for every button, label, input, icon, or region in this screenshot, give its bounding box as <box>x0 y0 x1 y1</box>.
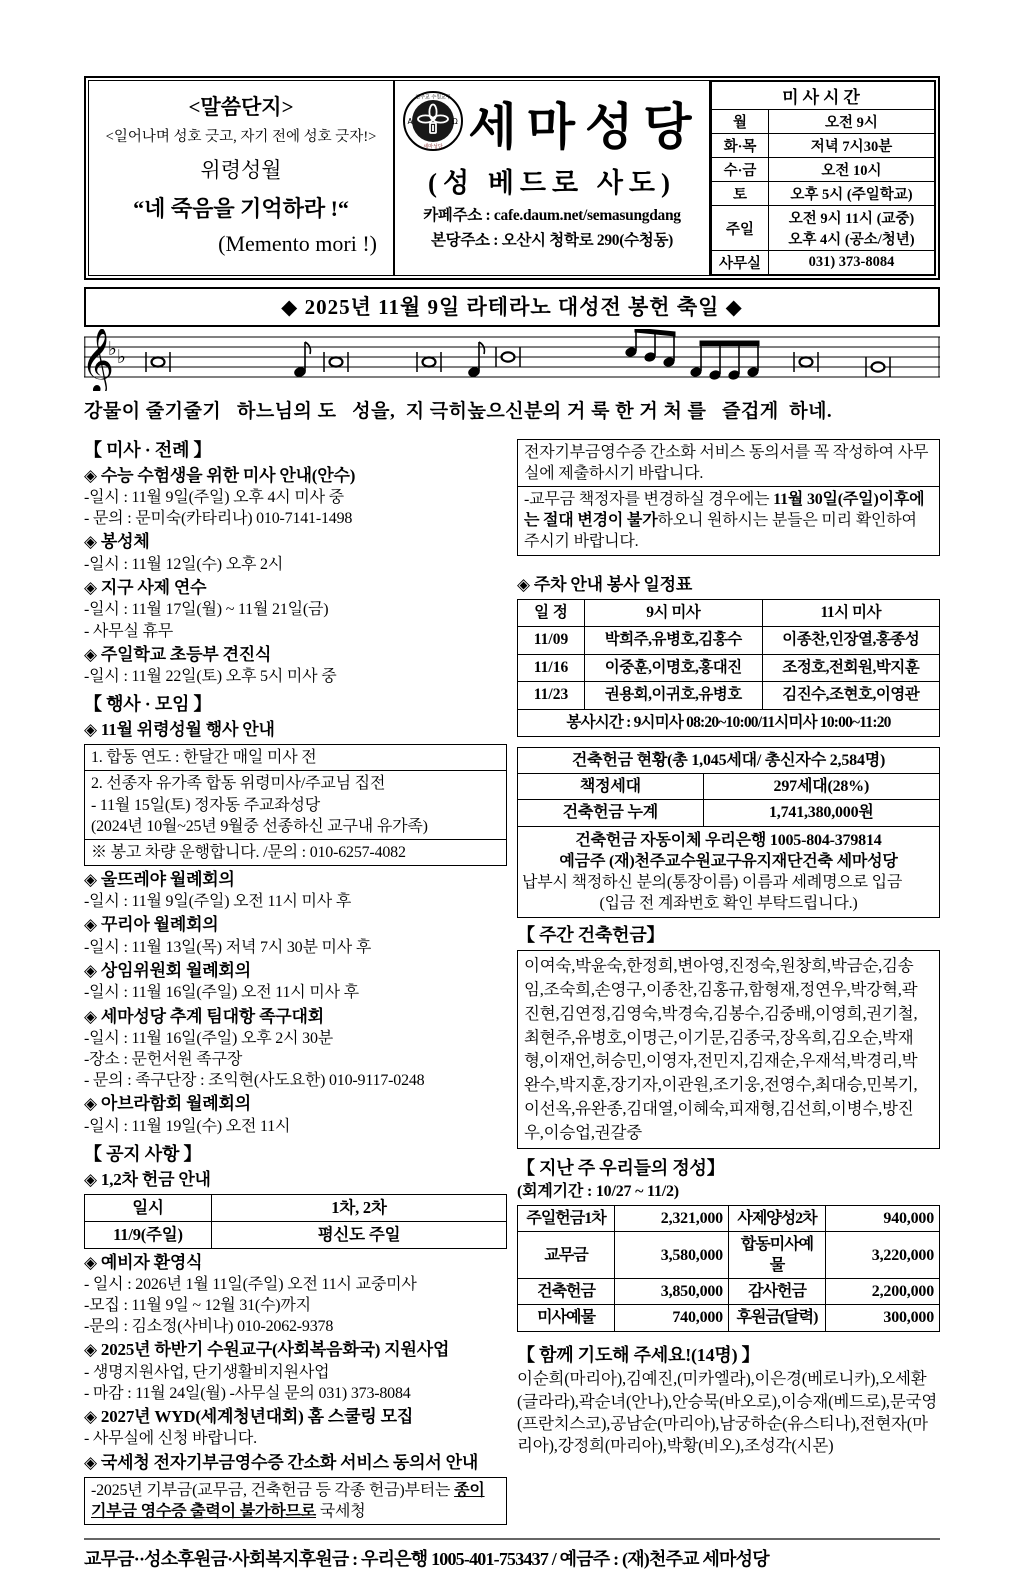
parking-names: 박희주,유병호,김홍수 <box>585 627 763 654</box>
item-title: ◈ 2027년 WYD(세계청년대회) 홈 스쿨링 모집 <box>84 1406 507 1428</box>
item-body: - 일시 : 2026년 1월 11일(주일) 오전 11시 교중미사 -모집 … <box>84 1274 507 1337</box>
pray-names: 이순희(마리아),김예진,(미카엘라),이은경(베로니카),오세환(글라라),곽… <box>517 1368 940 1457</box>
right-column: 전자기부금영수증 간소화 서비스 동의서를 꼭 작성하여 사무실에 제출하시기 … <box>517 433 940 1528</box>
mass-time: 오후 5시 (주일학교) <box>769 182 935 206</box>
item-title: ◈ 주일학교 초등부 견진식 <box>84 644 507 666</box>
header: <말씀단지> <일어나며 성호 긋고, 자기 전에 성호 긋자!> 위령성월 “… <box>84 76 940 280</box>
offering-label: 감사헌금 <box>728 1279 825 1305</box>
building-fund-table: 건축헌금 현황(총 1,045세대/ 총신자수 2,584명) 책정세대297세… <box>517 747 940 918</box>
mass-time: 오전 10시 <box>769 158 935 182</box>
word-jar-season: 위령성월 <box>91 154 391 184</box>
offering-label: 교무금 <box>518 1232 615 1279</box>
item-body: -일시 : 11월 19일(수) 오전 11시 <box>84 1116 507 1137</box>
mass-day: 월 <box>712 110 769 134</box>
item-body: -일시 : 11월 9일(주일) 오전 11시 미사 후 <box>84 891 507 912</box>
offering-amount: 3,220,000 <box>826 1232 940 1279</box>
parking-date: 11/23 <box>518 682 585 709</box>
donation-notice-row1: 전자기부금영수증 간소화 서비스 동의서를 꼭 작성하여 사무실에 제출하시기 … <box>518 440 939 487</box>
music-staff: 𝄞 ♭ ♭ <box>84 329 940 391</box>
office-phone: 031) 373-8084 <box>769 251 935 275</box>
item-body: - 사무실에 신청 바랍니다. <box>84 1428 507 1449</box>
item-body: -일시 : 11월 13일(목) 저녁 7시 30분 미사 후 <box>84 937 507 958</box>
item-body: - 생명지원사업, 단기생활비지원사업 - 마감 : 11월 24일(월) -사… <box>84 1362 507 1404</box>
note-group <box>146 347 890 377</box>
word-jar-title: <말씀단지> <box>91 91 391 121</box>
word-jar-subtitle: <일어나며 성호 긋고, 자기 전에 성호 긋자!> <box>91 125 391 146</box>
list-item: ◈ 상임위원회 월례회의-일시 : 11월 16일(주일) 오전 11시 미사 … <box>84 960 507 1004</box>
offerings-title: 【 지난 주 우리들의 정성】 <box>517 1157 940 1181</box>
fund-value: 297세대(28%) <box>703 774 939 800</box>
offering-label: 사제양성2차 <box>728 1206 825 1232</box>
word-jar-panel: <말씀단지> <일어나며 성호 긋고, 자기 전에 성호 긋자!> 위령성월 “… <box>89 81 395 275</box>
feast-banner: ◆ 2025년 11월 9일 라테라노 대성전 봉헌 축일 ◆ <box>84 287 940 327</box>
fund-holder-line: 예금주 (재)천주교수원교구유지재단건축 세마성당 <box>522 851 935 872</box>
donation-notice-row2: -교무금 책정자를 변경하실 경우에는 11월 30일(주일)이후에는 절대 변… <box>518 487 939 554</box>
whole-notes <box>152 352 885 371</box>
list-item: ◈ 세마성당 추계 팀대항 족구대회-일시 : 11월 16일(주일) 오후 2… <box>84 1006 507 1092</box>
cafe-address: 카페주소 : cafe.daum.net/semasungdang <box>397 203 707 225</box>
item-body: -일시 : 11월 16일(주일) 오전 11시 미사 후 <box>84 982 507 1003</box>
flat-icon: ♭ <box>117 346 126 368</box>
word-jar-quote: “네 죽음을 기억하라 !“ <box>91 192 391 223</box>
offering-amount: 2,200,000 <box>826 1279 940 1305</box>
item-title: ◈ 2025년 하반기 수원교구(사회복음화국) 지원사업 <box>84 1339 507 1361</box>
mass-day: 수·금 <box>712 158 769 182</box>
mass-times-panel: 미사시간 월오전 9시 화·목저녁 7시30분 수·금오전 10시 토오후 5시… <box>711 81 935 275</box>
offering-guide-title: ◈ 1,2차 헌금 안내 <box>84 1169 507 1191</box>
item-title: ◈ 아브라함회 월례회의 <box>84 1093 507 1115</box>
nts-receipt-text: -2025년 기부금(교무금, 건축헌금 등 각종 헌금)부터는 종이 기부금 … <box>85 1478 506 1524</box>
mass-time: 오전 9시 11시 (교중) 오후 4시 (공소/청년) <box>769 206 935 251</box>
fund-label: 건축헌금 누계 <box>518 800 704 826</box>
offerings-table: 주일헌금1차2,321,000 사제양성2차940,000 교무금3,580,0… <box>517 1205 940 1332</box>
parking-names: 권용회,이귀호,유병호 <box>585 682 763 709</box>
list-item: ◈ 봉성체-일시 : 11월 12일(수) 오후 2시 <box>84 531 507 575</box>
offering-label: 미사예물 <box>518 1305 615 1331</box>
item-body: -일시 : 11월 17일(월) ~ 11월 21일(금) - 사무실 휴무 <box>84 599 507 641</box>
parking-schedule-title: ◈ 주차 안내 봉사 일정표 <box>517 574 940 596</box>
parking-header: 11시 미사 <box>762 599 940 626</box>
item-title: ◈ 예비자 환영식 <box>84 1252 507 1274</box>
hymn-lyrics: 강물이 줄기줄기 하느님의 도 성을, 지 극히높으신분의 거 룩 한 거 처 … <box>84 396 940 423</box>
list-item: ◈ 주일학교 초등부 견진식-일시 : 11월 22일(토) 오후 5시 미사 … <box>84 644 507 688</box>
list-item: ◈ 2025년 하반기 수원교구(사회복음화국) 지원사업- 생명지원사업, 단… <box>84 1339 507 1404</box>
hymn-block: 𝄞 ♭ ♭ <box>84 329 940 423</box>
item-title: ◈ 수능 수험생을 위한 미사 안내(안수) <box>84 465 507 487</box>
offering-amount: 740,000 <box>615 1305 729 1331</box>
section-title-notices: 【 공지 사항 】 <box>84 1143 507 1167</box>
list-item: ◈ 예비자 환영식- 일시 : 2026년 1월 11일(주일) 오전 11시 … <box>84 1252 507 1338</box>
item-title: ◈ 상임위원회 월례회의 <box>84 960 507 982</box>
offering-amount: 2,321,000 <box>615 1206 729 1232</box>
item-title: ◈ 봉성체 <box>84 531 507 553</box>
nts-text-prefix: -2025년 기부금(교무금, 건축헌금 등 각종 헌금)부터는 <box>91 1482 454 1499</box>
offerings-period: (회계기간 : 10/27 ~ 11/2) <box>517 1181 940 1202</box>
flat-icon: ♭ <box>108 338 117 360</box>
parking-hours: 봉사시간 : 9시미사 08:20~10:00/11시미사 10:00~11:2… <box>518 709 940 736</box>
parking-names: 김진수,조현호,이영관 <box>762 682 940 709</box>
offering-table: 일시1차, 2차 11/9(주일)평신도 주일 <box>84 1194 507 1249</box>
bulletin-page: { "header": { "word_jar": { "title": "<말… <box>0 0 1024 1453</box>
item-title: ◈ 지구 사제 연수 <box>84 577 507 599</box>
mass-day: 화·목 <box>712 134 769 158</box>
list-item: ◈ 꾸리아 월례회의-일시 : 11월 13일(목) 저녁 7시 30분 미사 … <box>84 914 507 958</box>
fund-value: 1,741,380,000원 <box>703 800 939 826</box>
mass-day: 주일 <box>712 206 769 251</box>
offering-amount: 3,580,000 <box>615 1232 729 1279</box>
svg-text:세마성당: 세마성당 <box>424 143 443 150</box>
parking-date: 11/09 <box>518 627 585 654</box>
word-jar-memento: (Memento mori !) <box>91 231 391 257</box>
section-title-liturgy: 【 미사 · 전례 】 <box>84 439 507 463</box>
parking-schedule-table: 일 정 9시 미사 11시 미사 11/09 박희주,유병호,김홍수 이종찬,인… <box>517 599 940 737</box>
memorial-row: ※ 봉고 차량 운행합니다. /문의 : 010-6257-4082 <box>85 840 506 865</box>
offering-cell: 평신도 주일 <box>212 1221 507 1248</box>
parking-names: 이중훈,이명호,홍대진 <box>585 654 763 681</box>
fund-note-line: 납부시 책정하신 분의(통장이름) 이름과 세례명으로 입금 <box>522 872 935 893</box>
mass-day: 토 <box>712 182 769 206</box>
page: <말씀단지> <일어나며 성호 긋고, 자기 전에 성호 긋자!> 위령성월 “… <box>84 0 940 1571</box>
section-title-events: 【 행사 · 모임 】 <box>84 693 507 717</box>
fund-label: 책정세대 <box>518 774 704 800</box>
building-fund-title: 건축헌금 현황(총 1,045세대/ 총신자수 2,584명) <box>518 748 940 774</box>
list-item: ◈ 지구 사제 연수-일시 : 11월 17일(월) ~ 11월 21일(금) … <box>84 577 507 642</box>
church-address: 본당주소 : 오산시 청학로 290(수청동) <box>397 228 707 250</box>
mass-time: 오전 9시 <box>769 110 935 134</box>
mass-time: 저녁 7시30분 <box>769 134 935 158</box>
offering-header: 1차, 2차 <box>212 1195 507 1222</box>
left-column: 【 미사 · 전례 】 ◈ 수능 수험생을 위한 미사 안내(안수)-일시 : … <box>84 433 507 1528</box>
item-title: ◈ 세마성당 추계 팀대항 족구대회 <box>84 1006 507 1028</box>
item-body: -일시 : 11월 22일(토) 오후 5시 미사 중 <box>84 666 507 687</box>
item-body: -일시 : 11월 9일(주일) 오후 4시 미사 중 - 문의 : 문미숙(카… <box>84 487 507 529</box>
item-title: ◈ 울뜨레야 월례회의 <box>84 869 507 891</box>
memorial-month-title: ◈ 11월 위령성월 행사 안내 <box>84 719 507 741</box>
nts-text-suffix: 국세청 <box>316 1503 366 1520</box>
item-title: ◈ 꾸리아 월례회의 <box>84 914 507 936</box>
parking-date: 11/16 <box>518 654 585 681</box>
list-item: ◈ 수능 수험생을 위한 미사 안내(안수)-일시 : 11월 9일(주일) 오… <box>84 465 507 530</box>
mass-times-table: 미사시간 월오전 9시 화·목저녁 7시30분 수·금오전 10시 토오후 5시… <box>711 81 935 275</box>
parking-names: 조정호,전회원,박지훈 <box>762 654 940 681</box>
notice-prefix: -교무금 책정자를 변경하실 경우에는 <box>524 491 773 508</box>
weekly-fund-title: 【 주간 건축헌금】 <box>517 924 940 948</box>
offering-cell: 11/9(주일) <box>85 1221 212 1248</box>
church-patron: (성 베드로 사도) <box>397 161 707 200</box>
parking-header: 9시 미사 <box>585 599 763 626</box>
svg-text:천주교 수원교구: 천주교 수원교구 <box>416 93 452 100</box>
church-logo-icon: 천주교 수원교구 세마성당 A Ω <box>402 90 464 157</box>
list-item: ◈ 아브라함회 월례회의-일시 : 11월 19일(수) 오전 11시 <box>84 1093 507 1137</box>
parking-header: 일 정 <box>518 599 585 626</box>
offering-amount: 940,000 <box>826 1206 940 1232</box>
nts-receipt-box: -2025년 기부금(교무금, 건축헌금 등 각종 헌금)부터는 종이 기부금 … <box>84 1477 507 1525</box>
office-label: 사무실 <box>712 251 769 275</box>
offering-header: 일시 <box>85 1195 212 1222</box>
item-body: -일시 : 11월 12일(수) 오후 2시 <box>84 554 507 575</box>
memorial-row: 2. 선종자 유가족 합동 위령미사/주교님 집전 - 11월 15일(토) 정… <box>85 771 506 839</box>
item-body: -일시 : 11월 16일(주일) 오후 2시 30분 -장소 : 문헌서원 족… <box>84 1028 507 1091</box>
offering-label: 합동미사예물 <box>728 1232 825 1279</box>
offering-label: 주일헌금1차 <box>518 1206 615 1232</box>
parking-names: 이종찬,인장열,홍종성 <box>762 627 940 654</box>
donation-notice-box: 전자기부금영수증 간소화 서비스 동의서를 꼭 작성하여 사무실에 제출하시기 … <box>517 439 940 556</box>
list-item: ◈ 울뜨레야 월례회의-일시 : 11월 9일(주일) 오전 11시 미사 후 <box>84 869 507 913</box>
list-item: ◈ 국세청 전자기부금영수증 간소화 서비스 동의서 안내 <box>84 1452 507 1474</box>
offering-label: 건축헌금 <box>518 1279 615 1305</box>
weekly-fund-names: 이여숙,박윤숙,한정희,변아영,진정숙,원창희,박금순,김송임,조숙희,손영구,… <box>517 950 940 1149</box>
svg-text:A: A <box>408 117 414 126</box>
fund-note-line: (입금 전 계좌번호 확인 부탁드립니다.) <box>522 893 935 914</box>
fund-account-line: 건축헌금 자동이체 우리은행 1005-804-379814 <box>522 830 935 851</box>
pray-title: 【 함께 기도해 주세요!(14명) 】 <box>517 1344 940 1368</box>
offering-label: 후원금(달력) <box>728 1305 825 1331</box>
mass-times-title: 미사시간 <box>712 82 935 110</box>
memorial-month-box: 1. 합동 연도 : 한달간 매일 미사 전 2. 선종자 유가족 합동 위령미… <box>84 744 507 866</box>
list-item: ◈ 2027년 WYD(세계청년대회) 홈 스쿨링 모집- 사무실에 신청 바랍… <box>84 1406 507 1450</box>
offering-amount: 3,850,000 <box>615 1279 729 1305</box>
church-name: 세마성당 <box>468 87 701 159</box>
svg-text:Ω: Ω <box>452 117 458 126</box>
footer-account-line: 교무금··성소후원금·사회복지후원금 : 우리은행 1005-401-75343… <box>84 1538 940 1571</box>
memorial-row: 1. 합동 연도 : 한달간 매일 미사 전 <box>85 745 506 771</box>
church-panel: 천주교 수원교구 세마성당 A Ω <box>395 81 711 275</box>
item-title: ◈ 국세청 전자기부금영수증 간소화 서비스 동의서 안내 <box>84 1452 507 1474</box>
offering-amount: 300,000 <box>826 1305 940 1331</box>
